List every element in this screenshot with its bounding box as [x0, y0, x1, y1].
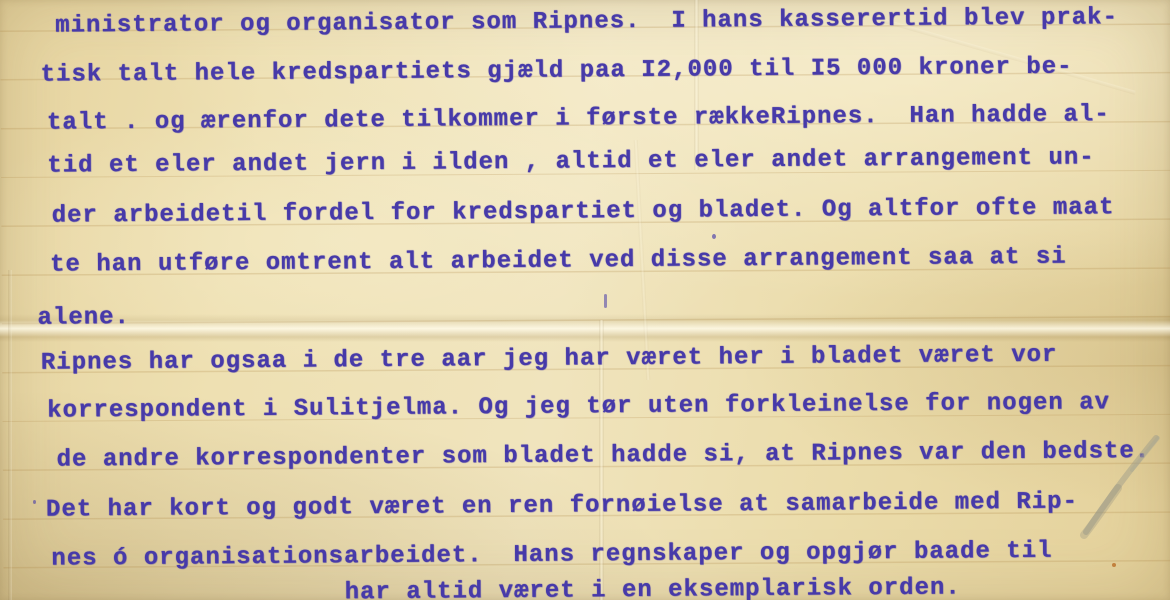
typewritten-text-layer: ministrator og organisator som Ripnes. I…: [0, 0, 1170, 600]
text-line-2: tisk talt hele kredspartiets gjæld paa I…: [40, 54, 1072, 90]
text-line-4: tid et eler andet jern i ilden , altid e…: [47, 144, 1095, 180]
text-line-11: Det har kort og godt været en ren fornøi…: [46, 489, 1078, 525]
text-line-3: talt . og ærenfor dete tilkommer i først…: [47, 101, 1110, 137]
text-line-8: Ripnes har ogsaa i de tre aar jeg har væ…: [41, 342, 1058, 378]
text-line-12: nes ó organisationsarbeidet. Hans regnsk…: [51, 538, 1052, 574]
text-line-13: har altid været i en eksemplarisk orden.: [345, 574, 961, 600]
text-line-9: korrespondent i Sulitjelma. Og jeg tør u…: [47, 389, 1110, 425]
text-line-6: te han utføre omtrent alt arbeidet ved d…: [50, 244, 1067, 280]
scanned-document-page: ministrator og organisator som Ripnes. I…: [0, 0, 1170, 600]
text-line-5: der arbeidetil fordel for kredspartiet o…: [52, 194, 1115, 230]
text-line-10: de andre korrespondenter som bladet hadd…: [57, 438, 1151, 475]
text-line-7: alene.: [37, 304, 130, 333]
text-line-1: ministrator og organisator som Ripnes. I…: [55, 4, 1118, 40]
